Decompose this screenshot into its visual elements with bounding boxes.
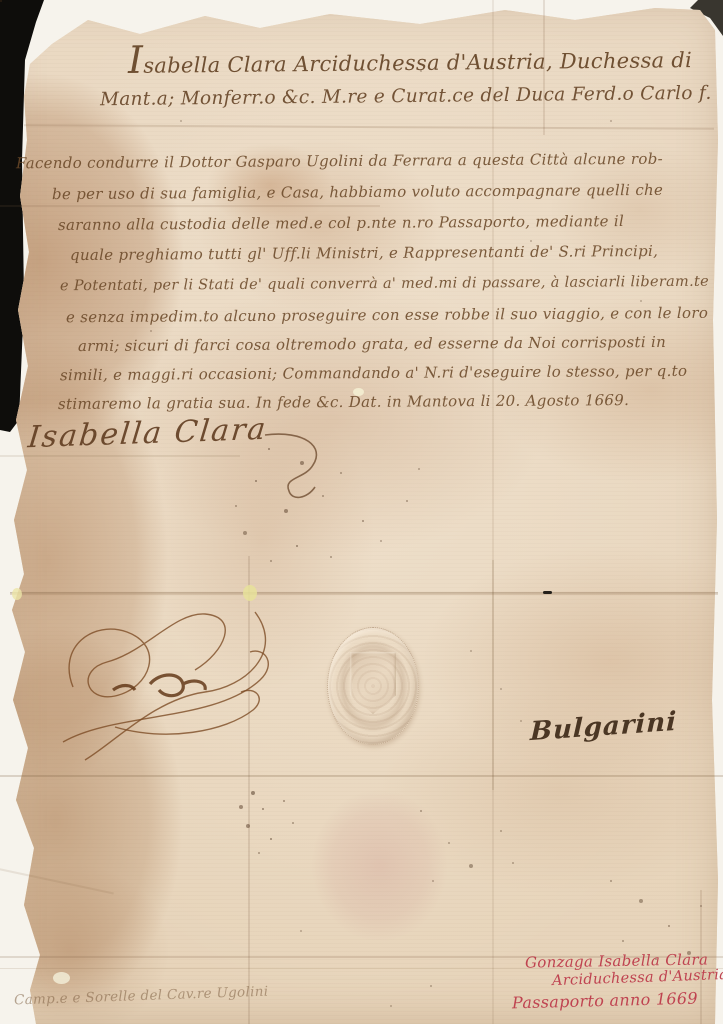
wax-seal-bleed-through (292, 768, 467, 963)
letter-header-line: Isabella Clara Arciduchessa d'Austria, D… (128, 43, 692, 78)
seal-coat-of-arms (350, 652, 396, 714)
wax-dab (12, 588, 22, 600)
scanned-document: Isabella Clara Arciduchessa d'Austria, D… (0, 0, 723, 1024)
paper-chip (53, 972, 70, 984)
embossed-seal (327, 627, 419, 745)
foxing-speckles (0, 0, 2, 2)
signature-tail-flourish (255, 425, 345, 505)
ink-dash (543, 591, 552, 594)
paraph-flourish-icon (55, 592, 285, 772)
